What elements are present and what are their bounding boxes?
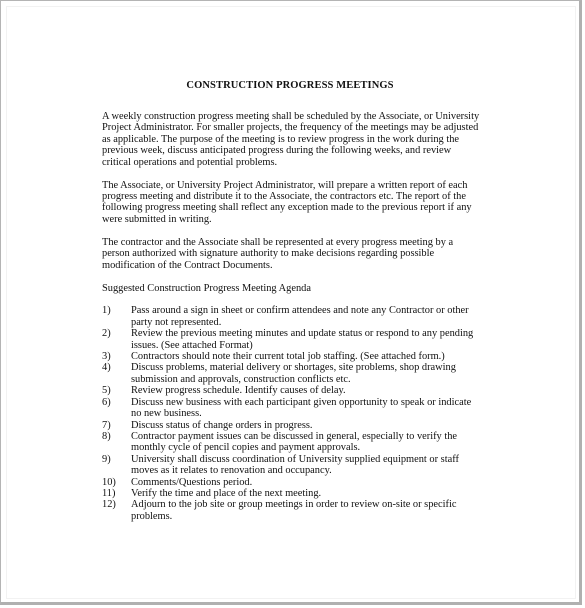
agenda-item-number: 11) bbox=[102, 488, 131, 499]
document-page: CONSTRUCTION PROGRESS MEETINGS A weekly … bbox=[0, 0, 582, 605]
agenda-item-text: Discuss problems, material delivery or s… bbox=[131, 362, 482, 385]
agenda-item: 2)Review the previous meeting minutes an… bbox=[102, 328, 482, 351]
agenda-item-number: 10) bbox=[102, 477, 131, 488]
agenda-item-text: Discuss new business with each participa… bbox=[131, 397, 482, 420]
agenda-item: 12)Adjourn to the job site or group meet… bbox=[102, 499, 482, 522]
agenda-item-text: Contractor payment issues can be discuss… bbox=[131, 431, 482, 454]
agenda-item: 6)Discuss new business with each partici… bbox=[102, 397, 482, 420]
agenda-item-text: Verify the time and place of the next me… bbox=[131, 488, 482, 499]
agenda-item-text: Adjourn to the job site or group meeting… bbox=[131, 499, 482, 522]
agenda-item: 7)Discuss status of change orders in pro… bbox=[102, 420, 482, 431]
agenda-item-number: 3) bbox=[102, 351, 131, 362]
agenda-item-number: 2) bbox=[102, 328, 131, 351]
agenda-item-number: 4) bbox=[102, 362, 131, 385]
agenda-list: 1)Pass around a sign in sheet or confirm… bbox=[102, 305, 482, 522]
agenda-item: 4)Discuss problems, material delivery or… bbox=[102, 362, 482, 385]
agenda-item-number: 5) bbox=[102, 385, 131, 396]
agenda-item: 3)Contractors should note their current … bbox=[102, 351, 482, 362]
document-title: CONSTRUCTION PROGRESS MEETINGS bbox=[1, 80, 579, 91]
agenda-item-text: University shall discuss coordination of… bbox=[131, 454, 482, 477]
agenda-item: 10)Comments/Questions period. bbox=[102, 477, 482, 488]
agenda-item: 11)Verify the time and place of the next… bbox=[102, 488, 482, 499]
agenda-item-text: Discuss status of change orders in progr… bbox=[131, 420, 482, 431]
agenda-item-number: 6) bbox=[102, 397, 131, 420]
agenda-item-number: 9) bbox=[102, 454, 131, 477]
agenda-item-number: 1) bbox=[102, 305, 131, 328]
agenda-item-text: Comments/Questions period. bbox=[131, 477, 482, 488]
agenda-item-number: 12) bbox=[102, 499, 131, 522]
agenda-item-text: Review the previous meeting minutes and … bbox=[131, 328, 482, 351]
agenda-item-text: Pass around a sign in sheet or confirm a… bbox=[131, 305, 482, 328]
agenda-item-number: 7) bbox=[102, 420, 131, 431]
agenda-item-text: Contractors should note their current to… bbox=[131, 351, 482, 362]
document-body: A weekly construction progress meeting s… bbox=[102, 111, 482, 522]
agenda-heading: Suggested Construction Progress Meeting … bbox=[102, 283, 482, 294]
agenda-item: 5)Review progress schedule. Identify cau… bbox=[102, 385, 482, 396]
agenda-item: 8)Contractor payment issues can be discu… bbox=[102, 431, 482, 454]
agenda-item: 9)University shall discuss coordination … bbox=[102, 454, 482, 477]
agenda-item-text: Review progress schedule. Identify cause… bbox=[131, 385, 482, 396]
agenda-item: 1)Pass around a sign in sheet or confirm… bbox=[102, 305, 482, 328]
paragraph-representation: The contractor and the Associate shall b… bbox=[102, 237, 482, 271]
paragraph-written-report: The Associate, or University Project Adm… bbox=[102, 180, 482, 226]
paragraph-meeting-schedule: A weekly construction progress meeting s… bbox=[102, 111, 482, 168]
agenda-item-number: 8) bbox=[102, 431, 131, 454]
